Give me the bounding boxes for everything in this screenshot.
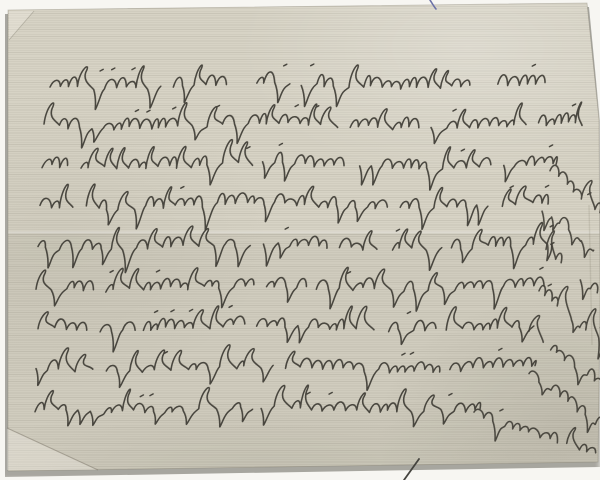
right-margin-tail-8	[529, 371, 600, 433]
ink-stroke	[546, 231, 600, 299]
paper-edge-outline	[8, 3, 600, 471]
handwriting-line-2	[44, 102, 583, 148]
handwriting-line-5	[38, 222, 600, 299]
ink-stroke	[36, 267, 545, 311]
ink-stroke	[529, 316, 600, 387]
handwriting-line-8	[36, 344, 600, 432]
ink-stroke	[550, 165, 600, 212]
ink-stroke	[474, 409, 596, 453]
ink-stroke	[35, 385, 480, 427]
handwriting-line-7	[38, 305, 600, 387]
ink-layer	[35, 0, 600, 480]
right-margin-tail-3	[550, 165, 600, 213]
ink-stroke	[50, 64, 545, 109]
ink-stroke	[39, 222, 554, 272]
handwriting-overlay	[0, 0, 600, 480]
handwriting-line-9	[35, 385, 596, 453]
ink-stroke	[37, 344, 537, 389]
ink-stroke	[38, 306, 534, 352]
handwriting-line-4	[40, 184, 600, 258]
ink-stroke	[41, 184, 550, 230]
ink-stroke	[475, 409, 597, 453]
handwriting-line-6	[36, 267, 600, 359]
ink-stroke	[42, 140, 557, 190]
right-margin-tail-9	[474, 409, 596, 453]
ink-stroke	[51, 64, 546, 109]
letter-photograph	[0, 0, 600, 480]
ink-stroke	[44, 102, 582, 148]
ink-stroke	[530, 315, 600, 386]
right-edge-crease	[589, 205, 592, 345]
right-margin-tail-7	[529, 315, 600, 387]
stray-pencil-stroke	[404, 459, 419, 480]
ink-stroke	[40, 184, 549, 230]
right-margin-tail-5	[546, 230, 600, 299]
ink-stroke	[529, 371, 600, 432]
ink-stroke	[38, 223, 553, 273]
ink-stroke	[551, 165, 600, 212]
ink-stroke	[36, 385, 481, 427]
handwriting-line-1	[50, 64, 546, 110]
ink-stroke	[530, 371, 600, 432]
